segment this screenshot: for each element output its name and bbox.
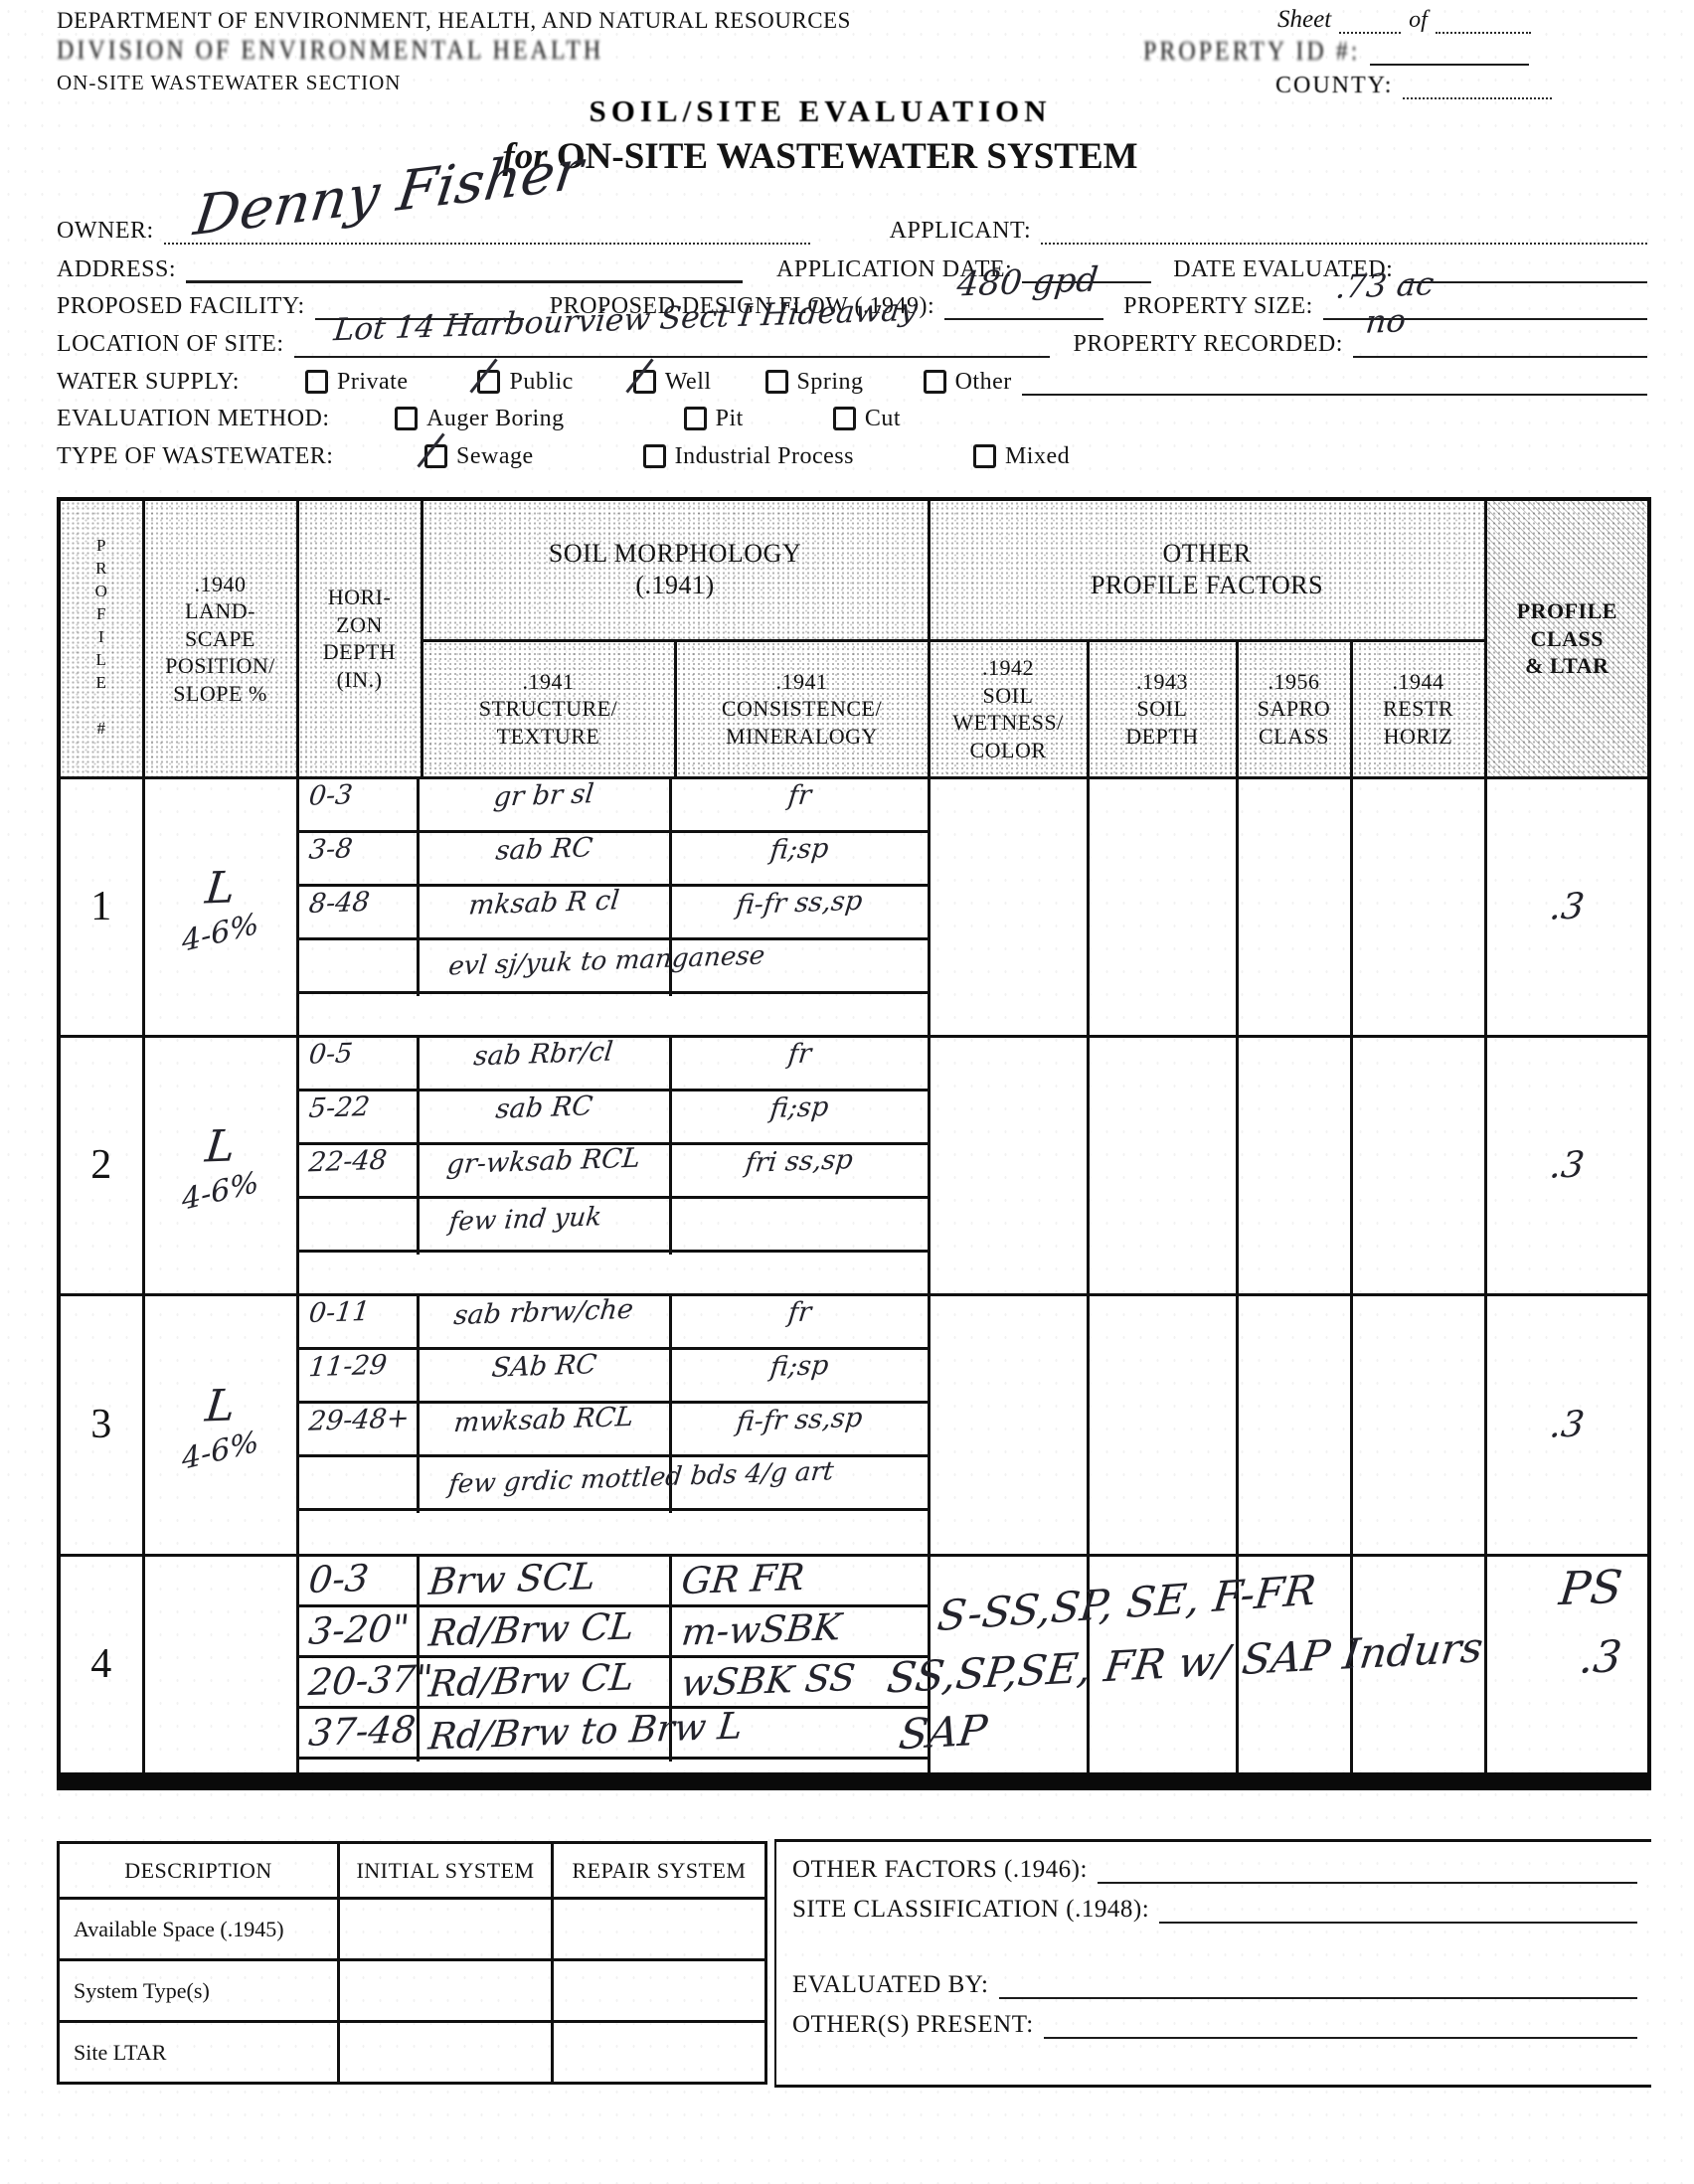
checkbox-spring-box xyxy=(765,370,788,394)
profile-2-number: 2 xyxy=(59,1036,143,1294)
profile-3-landscape: L 4-6% xyxy=(143,1294,297,1555)
letterhead: DEPARTMENT OF ENVIRONMENT, HEALTH, AND N… xyxy=(57,8,851,95)
sheet-label: Sheet xyxy=(1277,6,1331,34)
water-supply-row: WATER SUPPLY: Private Public Well Spring… xyxy=(57,368,1647,396)
checkbox-private: Private xyxy=(305,369,408,396)
site-classification-line xyxy=(1159,1896,1637,1924)
checkbox-spring: Spring xyxy=(765,369,864,396)
soil-profile-table: PROFILE # .1940 LAND- SCAPE POSITION/ SL… xyxy=(57,497,1651,1790)
profile-2-note: few ind yuk xyxy=(447,1202,603,1237)
header-soil-morphology: SOIL MORPHOLOGY (.1941) xyxy=(422,499,929,640)
address-label: ADDRESS: xyxy=(57,256,176,283)
profile-3-wetness xyxy=(929,1294,1088,1555)
owner-label: OWNER: xyxy=(57,218,154,245)
checkbox-public: Public xyxy=(477,369,573,396)
profile-2-soil-depth xyxy=(1088,1036,1237,1294)
checkbox-sewage: Sewage xyxy=(424,443,534,470)
checkbox-pit: Pit xyxy=(684,406,744,432)
checkbox-auger-box xyxy=(395,407,418,430)
profile-row-4: 4 0-3 Brw SCL GR FR 3-20" Rd/Brw CL m-wS… xyxy=(59,1555,1649,1781)
header-soil-depth: .1943 SOIL DEPTH xyxy=(1088,640,1237,777)
date-evaluated-line xyxy=(1403,255,1647,283)
header-consistence: .1941 CONSISTENCE/ MINERALOGY xyxy=(675,640,929,777)
profile-3-number: 3 xyxy=(59,1294,143,1555)
proposed-facility-label: PROPOSED FACILITY: xyxy=(57,293,305,320)
systems-header-initial: INITIAL SYSTEM xyxy=(339,1843,553,1899)
site-classification-label: SITE CLASSIFICATION (.1948): xyxy=(792,1896,1149,1924)
property-id-row: PROPERTY ID #: xyxy=(1143,38,1529,66)
wastewater-type-label: TYPE OF WASTEWATER: xyxy=(57,443,415,470)
dept-line1: DEPARTMENT OF ENVIRONMENT, HEALTH, AND N… xyxy=(57,8,851,34)
profile-3-soil-depth xyxy=(1088,1294,1237,1555)
profile-1-wetness xyxy=(929,777,1088,1036)
profile-4-wetness xyxy=(929,1555,1088,1781)
scanned-form-page: DEPARTMENT OF ENVIRONMENT, HEALTH, AND N… xyxy=(0,0,1694,2184)
profile-2-landscape: L 4-6% xyxy=(143,1036,297,1294)
profile-2-restr xyxy=(1351,1036,1485,1294)
checkbox-private-box xyxy=(305,370,328,394)
factors-box: OTHER FACTORS (.1946): SITE CLASSIFICATI… xyxy=(774,1839,1651,2088)
profile-3-restr xyxy=(1351,1294,1485,1555)
systems-ltar-initial-cell xyxy=(339,2022,553,2084)
checkbox-auger-boring: Auger Boring xyxy=(395,406,565,432)
checkbox-industrial: Industrial Process xyxy=(643,443,854,470)
header-profile-number: PROFILE # xyxy=(59,499,143,777)
profile-row-3: 3 L 4-6% 0-11 sab rbrw/che fr 11-29 SAb … xyxy=(59,1294,1649,1555)
systems-row-system-types: System Type(s) xyxy=(59,1960,339,2022)
others-present-line xyxy=(1044,2011,1637,2039)
systems-available-repair-cell xyxy=(553,1899,766,1960)
profile-1-landscape: L 4-6% xyxy=(143,777,297,1036)
header-landscape: .1940 LAND- SCAPE POSITION/ SLOPE % xyxy=(143,499,297,777)
systems-row-available-space: Available Space (.1945) xyxy=(59,1899,339,1960)
sheet-total-line xyxy=(1436,6,1531,34)
property-id-line xyxy=(1370,38,1529,66)
header-horizon-depth: HORI- ZON DEPTH (IN.) xyxy=(297,499,422,777)
property-recorded-line: no xyxy=(1353,330,1647,358)
location-label: LOCATION OF SITE: xyxy=(57,331,284,358)
applicant-label: APPLICANT: xyxy=(890,218,1031,245)
design-flow-value: 480 gpd xyxy=(953,260,1101,325)
location-line: Lot 14 Harbourview Sect I Hideaway xyxy=(294,330,1050,358)
evaluation-method-row: EVALUATION METHOD: Auger Boring Pit Cut xyxy=(57,406,1647,432)
profile-3-class: .3 xyxy=(1485,1294,1649,1555)
profile-4-restr xyxy=(1351,1555,1485,1781)
property-id-label: PROPERTY ID #: xyxy=(1143,37,1360,68)
profile-4-soil-depth xyxy=(1088,1555,1237,1781)
site-classification-row: SITE CLASSIFICATION (.1948): xyxy=(792,1896,1637,1924)
checkbox-mixed-box xyxy=(973,444,996,468)
profile-3-morphology: 0-11 sab rbrw/che fr 11-29 SAb RC fi;sp … xyxy=(297,1294,929,1555)
profile-1-number: 1 xyxy=(59,777,143,1036)
address-line xyxy=(186,254,743,283)
profile-4-morphology: 0-3 Brw SCL GR FR 3-20" Rd/Brw CL m-wSBK… xyxy=(297,1555,929,1781)
systems-types-initial-cell xyxy=(339,1960,553,2022)
property-size-label: PROPERTY SIZE: xyxy=(1123,293,1313,320)
evaluated-by-line xyxy=(999,1971,1638,1999)
profile-2-class: .3 xyxy=(1485,1036,1649,1294)
county-line xyxy=(1403,72,1552,99)
profile-4-landscape xyxy=(143,1555,297,1781)
profile-row-2: 2 L 4-6% 0-5 sab Rbr/cl fr 5-22 sab RC f… xyxy=(59,1036,1649,1294)
title-line1: SOIL/SITE EVALUATION xyxy=(249,93,1392,129)
profile-2-wetness xyxy=(929,1036,1088,1294)
checkbox-cut: Cut xyxy=(833,406,901,432)
profile-4-sapro xyxy=(1237,1555,1351,1781)
profile-2-morphology: 0-5 sab Rbr/cl fr 5-22 sab RC fi;sp 22-4… xyxy=(297,1036,929,1294)
checkbox-mixed: Mixed xyxy=(973,443,1070,470)
location-row: LOCATION OF SITE: Lot 14 Harbourview Sec… xyxy=(57,330,1647,358)
evaluated-by-label: EVALUATED BY: xyxy=(792,1971,989,1999)
checkbox-public-box xyxy=(477,370,500,394)
header-wetness: .1942 SOIL WETNESS/ COLOR xyxy=(929,640,1088,777)
property-recorded-value: no xyxy=(1362,301,1408,360)
evaluated-by-row: EVALUATED BY: xyxy=(792,1971,1637,1999)
systems-header-description: DESCRIPTION xyxy=(59,1843,339,1899)
header-structure: .1941 STRUCTURE/ TEXTURE xyxy=(422,640,675,777)
title-rest: ON-SITE WASTEWATER SYSTEM xyxy=(557,136,1138,177)
systems-available-initial-cell xyxy=(339,1899,553,1960)
profile-2-sapro xyxy=(1237,1036,1351,1294)
systems-types-repair-cell xyxy=(553,1960,766,2022)
dept-line2: DIVISION OF ENVIRONMENTAL HEALTH xyxy=(57,36,851,67)
header-sapro: .1956 SAPRO CLASS xyxy=(1237,640,1351,777)
evaluation-method-label: EVALUATION METHOD: xyxy=(57,406,385,432)
profile-row-1: 1 L 4-6% 0-3 gr br sl fr 3-8 sab RC fi;s… xyxy=(59,777,1649,1036)
water-supply-label: WATER SUPPLY: xyxy=(57,369,295,396)
profile-3-sapro xyxy=(1237,1294,1351,1555)
sheet-row: Sheet of xyxy=(1277,6,1531,34)
other-factors-row: OTHER FACTORS (.1946): xyxy=(792,1856,1637,1884)
others-present-row: OTHER(S) PRESENT: xyxy=(792,2011,1637,2039)
checkbox-well: Well xyxy=(633,369,712,396)
header-other-factors: OTHER PROFILE FACTORS xyxy=(929,499,1485,640)
profile-1-restr xyxy=(1351,777,1485,1036)
checkbox-other-box xyxy=(924,370,946,394)
profile-4-number: 4 xyxy=(59,1555,143,1781)
checkbox-pit-box xyxy=(684,407,707,430)
header-profile-class: PROFILE CLASS & LTAR xyxy=(1485,499,1649,777)
systems-row-site-ltar: Site LTAR xyxy=(59,2022,339,2084)
water-other-line xyxy=(1022,368,1647,396)
applicant-line xyxy=(1041,217,1647,245)
design-flow-line: 480 gpd xyxy=(944,292,1103,320)
profile-4-class: PS .3 xyxy=(1485,1555,1649,1781)
profile-1-soil-depth xyxy=(1088,777,1237,1036)
other-factors-line xyxy=(1098,1856,1637,1884)
checkbox-other: Other xyxy=(924,369,1012,396)
systems-table: DESCRIPTION INITIAL SYSTEM REPAIR SYSTEM… xyxy=(57,1841,767,2085)
profile-1-class: .3 xyxy=(1485,777,1649,1036)
wastewater-type-row: TYPE OF WASTEWATER: Sewage Industrial Pr… xyxy=(57,443,1647,470)
dept-line3: ON-SITE WASTEWATER SECTION xyxy=(57,71,851,95)
checkbox-cut-box xyxy=(833,407,856,430)
checkbox-industrial-box xyxy=(643,444,666,468)
sheet-number-line xyxy=(1339,6,1401,34)
profile-1-morphology: 0-3 gr br sl fr 3-8 sab RC fi;sp 8-48 mk… xyxy=(297,777,929,1036)
sheet-of-label: of xyxy=(1409,7,1428,34)
other-factors-label: OTHER FACTORS (.1946): xyxy=(792,1856,1088,1884)
systems-ltar-repair-cell xyxy=(553,2022,766,2084)
others-present-label: OTHER(S) PRESENT: xyxy=(792,2011,1034,2039)
profile-1-sapro xyxy=(1237,777,1351,1036)
systems-header-repair: REPAIR SYSTEM xyxy=(553,1843,766,1899)
property-recorded-label: PROPERTY RECORDED: xyxy=(1074,331,1343,358)
header-restr: .1944 RESTR HORIZ xyxy=(1351,640,1485,777)
